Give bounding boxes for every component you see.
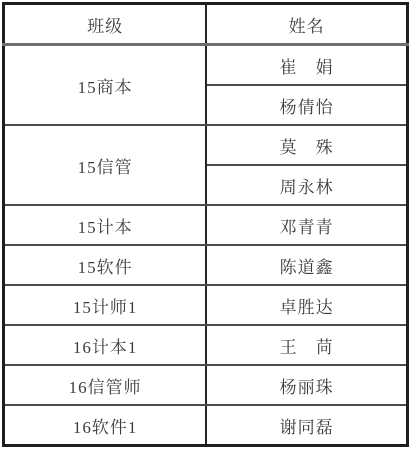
name-cell: 陈道鑫 <box>206 245 407 285</box>
table-row: 15信管 莫 殊 <box>4 125 408 165</box>
table-row: 16软件1 谢同磊 <box>4 405 408 446</box>
table-row: 16信管师 杨丽珠 <box>4 365 408 405</box>
class-cell: 16软件1 <box>4 405 207 446</box>
column-header-name: 姓名 <box>206 4 407 45</box>
name-cell: 崔 娟 <box>206 45 407 86</box>
class-cell: 16信管师 <box>4 365 207 405</box>
name-cell: 莫 殊 <box>206 125 407 165</box>
table-row: 15商本 崔 娟 <box>4 45 408 86</box>
class-name-table: 班级 姓名 15商本 崔 娟 杨倩怡 15信管 莫 殊 周永林 15计本 邓青青 <box>2 2 409 447</box>
header-row: 班级 姓名 <box>4 4 408 45</box>
name-cell: 周永林 <box>206 165 407 205</box>
document-page: 班级 姓名 15商本 崔 娟 杨倩怡 15信管 莫 殊 周永林 15计本 邓青青 <box>0 0 416 449</box>
class-cell: 16计本1 <box>4 325 207 365</box>
name-cell: 杨丽珠 <box>206 365 407 405</box>
class-cell: 15软件 <box>4 245 207 285</box>
column-header-class: 班级 <box>4 4 207 45</box>
name-cell: 邓青青 <box>206 205 407 245</box>
class-cell: 15商本 <box>4 45 207 126</box>
name-cell: 谢同磊 <box>206 405 407 446</box>
name-cell: 王 苘 <box>206 325 407 365</box>
table-row: 15软件 陈道鑫 <box>4 245 408 285</box>
class-cell: 15计师1 <box>4 285 207 325</box>
table-row: 15计本 邓青青 <box>4 205 408 245</box>
class-cell: 15信管 <box>4 125 207 205</box>
table-row: 15计师1 卓胜达 <box>4 285 408 325</box>
name-cell: 卓胜达 <box>206 285 407 325</box>
name-cell: 杨倩怡 <box>206 85 407 125</box>
table-row: 16计本1 王 苘 <box>4 325 408 365</box>
class-cell: 15计本 <box>4 205 207 245</box>
